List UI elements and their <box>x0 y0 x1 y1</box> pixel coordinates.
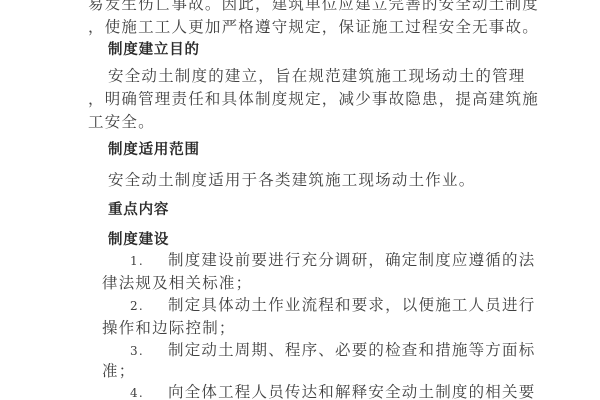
item-number: 2. <box>130 296 168 316</box>
item-text: 向全体工程人员传达和解释安全动土制度的相关要 <box>168 383 535 400</box>
item-text: 制度建设前要进行充分调研，确定制度应遵循的法 <box>168 251 535 269</box>
intro-line-2: ，使施工工人更加严格遵守规定，保证施工过程安全无事故。 <box>88 17 518 37</box>
construction-item-2-cont: 操作和边际控制； <box>102 318 532 338</box>
item-number: 1. <box>130 251 168 271</box>
scope-line-1: 安全动土制度适用于各类建筑施工现场动土作业。 <box>108 170 538 190</box>
intro-line-1: 易发生伤亡事故。因此，建筑单位应建立完善的安全动土制度 <box>88 0 518 14</box>
purpose-heading: 制度建立目的 <box>108 40 538 60</box>
purpose-line-1: 安全动土制度的建立，旨在规范建筑施工现场动土的管理 <box>108 66 538 86</box>
item-number: 4. <box>130 383 168 400</box>
purpose-line-3: 工安全。 <box>88 112 518 132</box>
construction-item-1-cont: 律法规及相关标准； <box>102 273 532 293</box>
item-text: 制定动土周期、程序、必要的检查和措施等方面标 <box>168 341 535 359</box>
scope-heading: 制度适用范围 <box>108 140 538 160</box>
construction-item-1: 1.制度建设前要进行充分调研，确定制度应遵循的法 <box>130 250 560 271</box>
construction-item-3-cont: 准； <box>102 361 532 381</box>
construction-item-4: 4.向全体工程人员传达和解释安全动土制度的相关要 <box>130 382 560 400</box>
construction-item-3: 3.制定动土周期、程序、必要的检查和措施等方面标 <box>130 340 560 361</box>
key-content-heading: 重点内容 <box>108 200 538 220</box>
item-text: 制定具体动土作业流程和要求，以便施工人员进行 <box>168 296 535 314</box>
construction-item-2: 2.制定具体动土作业流程和要求，以便施工人员进行 <box>130 295 560 316</box>
document-page: 易发生伤亡事故。因此，建筑单位应建立完善的安全动土制度 ，使施工工人更加严格遵守… <box>0 0 600 400</box>
item-number: 3. <box>130 341 168 361</box>
construction-heading: 制度建设 <box>108 230 538 250</box>
purpose-line-2: ，明确管理责任和具体制度规定，减少事故隐患，提高建筑施 <box>88 89 518 109</box>
